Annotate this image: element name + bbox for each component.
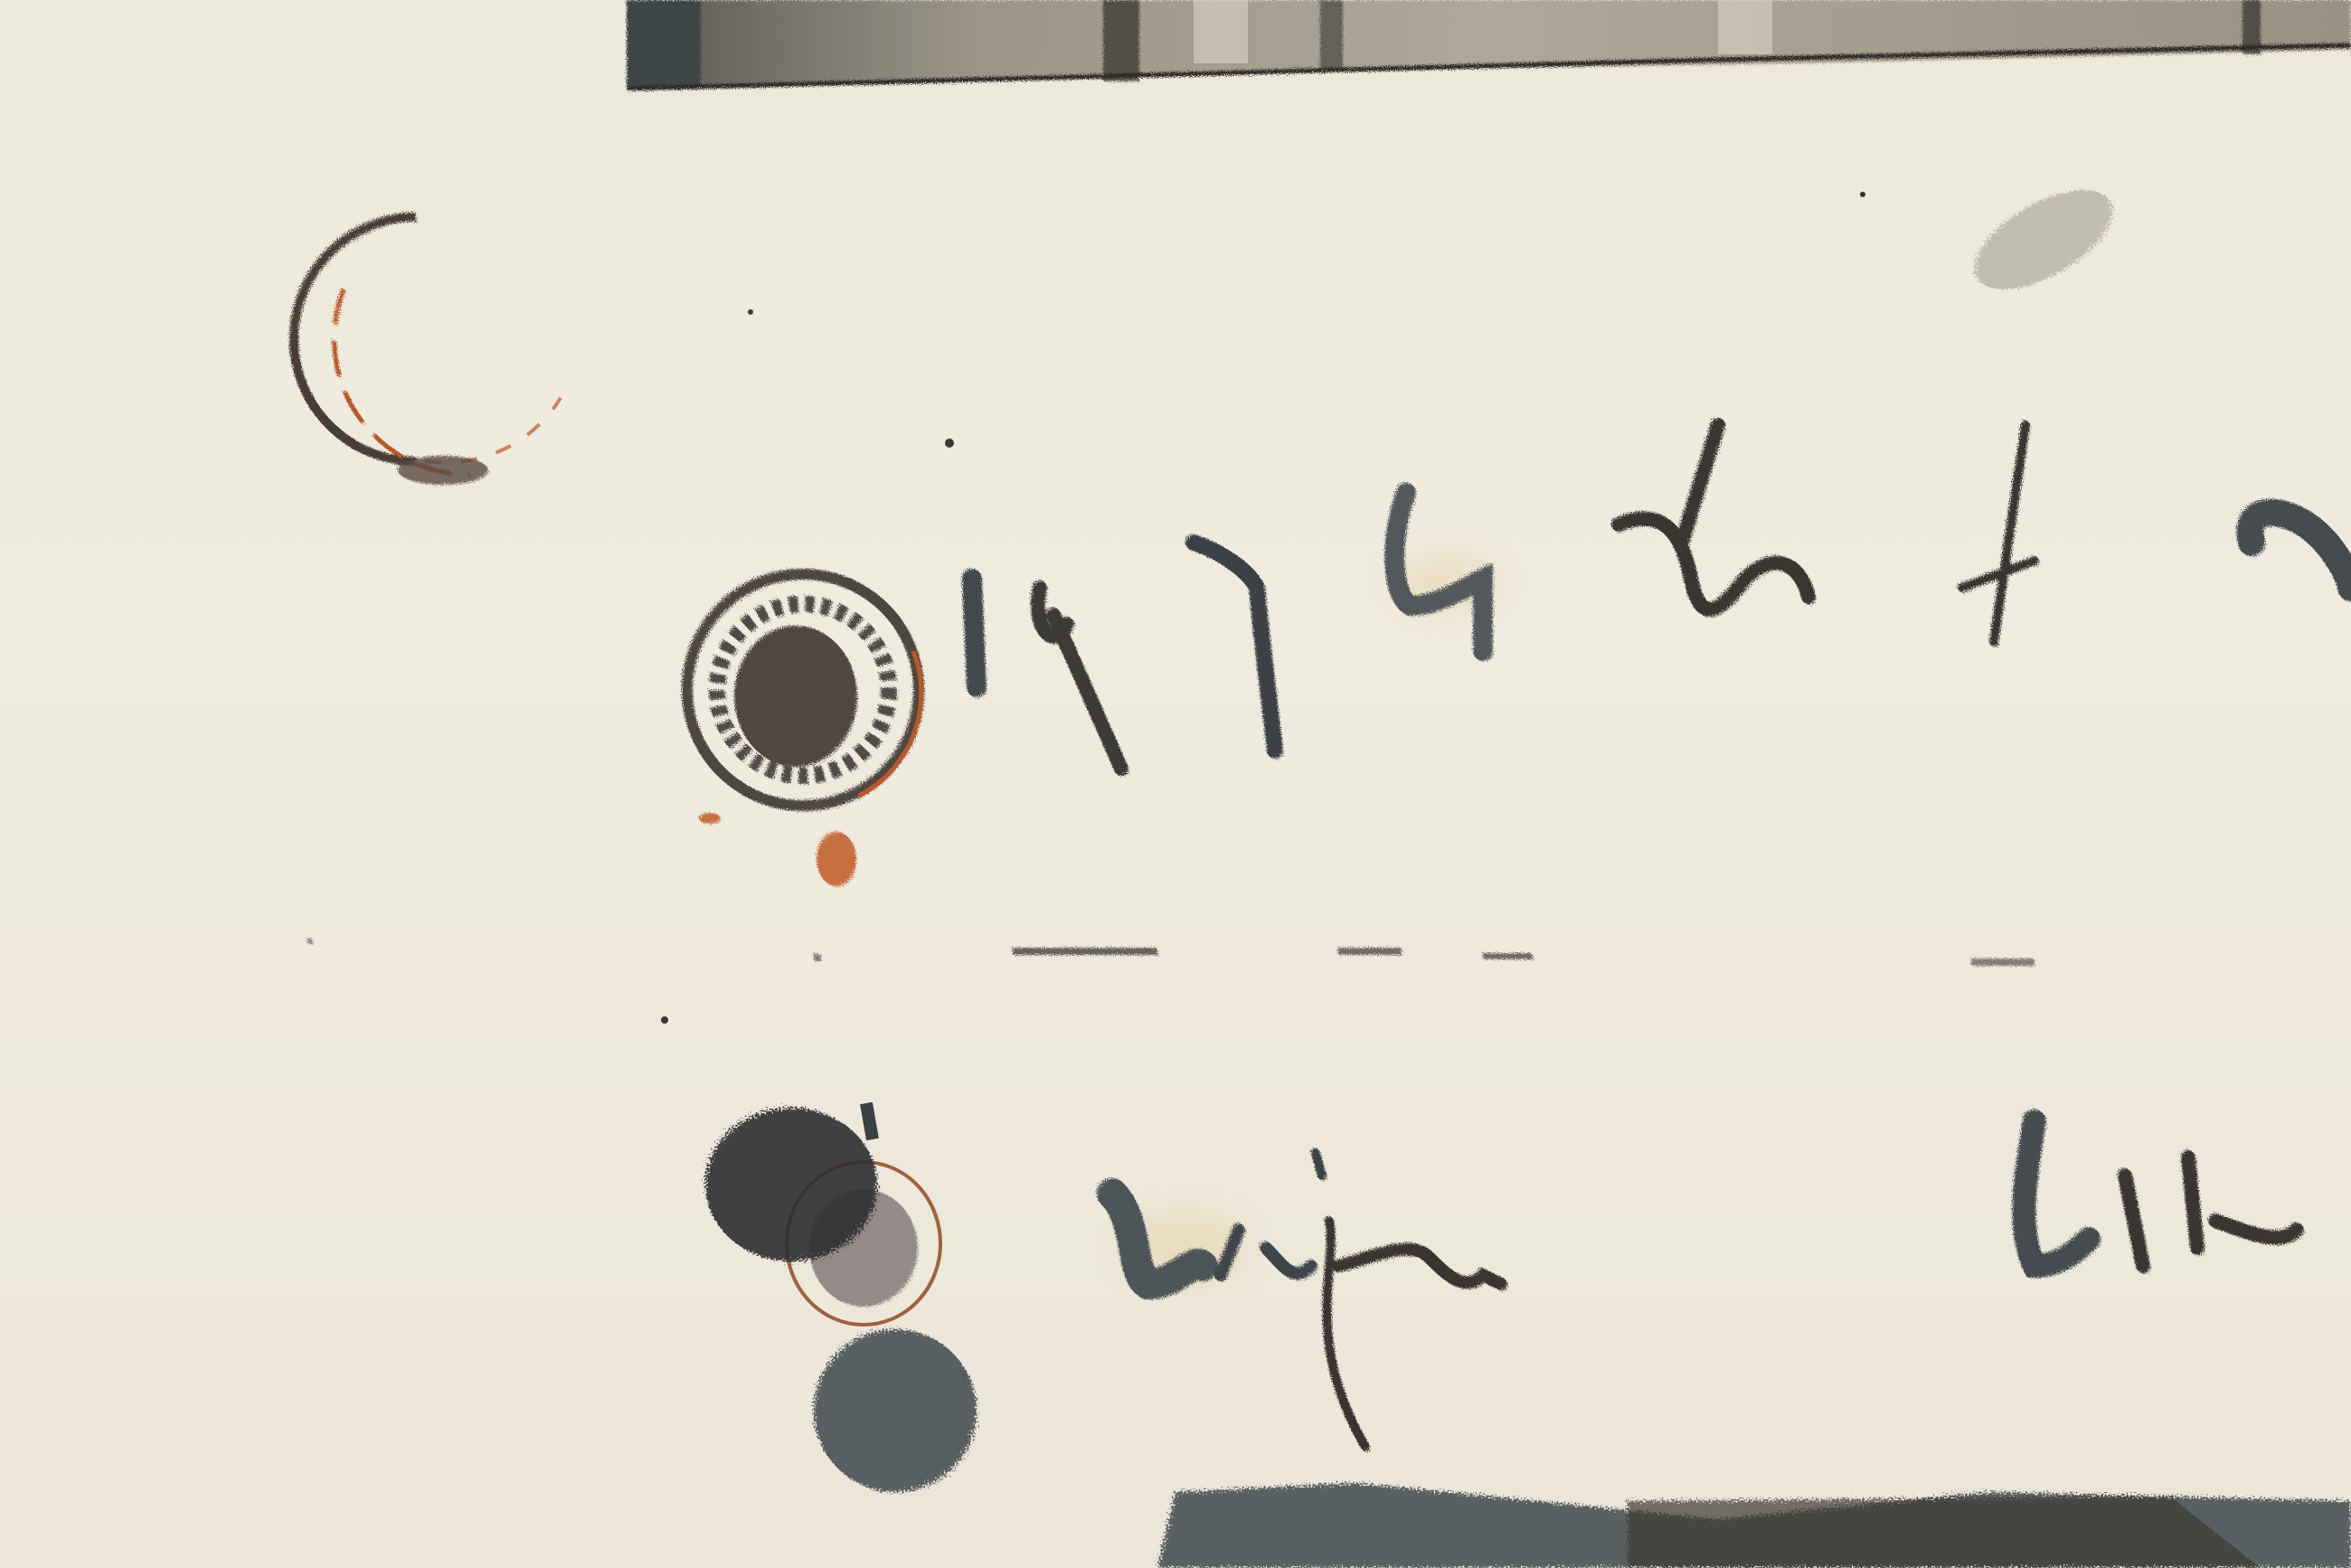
artwork-canvas [0, 0, 2351, 1568]
circular-stamp [687, 574, 921, 886]
bottom-printed-band [1157, 1483, 2351, 1568]
dashed-rule [307, 939, 2035, 966]
partial-ring-stamp [294, 217, 561, 485]
handwriting-line-lower [1112, 1121, 2297, 1447]
ink-smudge-top-right [1959, 170, 2128, 309]
top-printed-band [627, 0, 2351, 90]
blotted-stamp [705, 1103, 977, 1492]
handwriting-line-upper [972, 425, 2351, 769]
